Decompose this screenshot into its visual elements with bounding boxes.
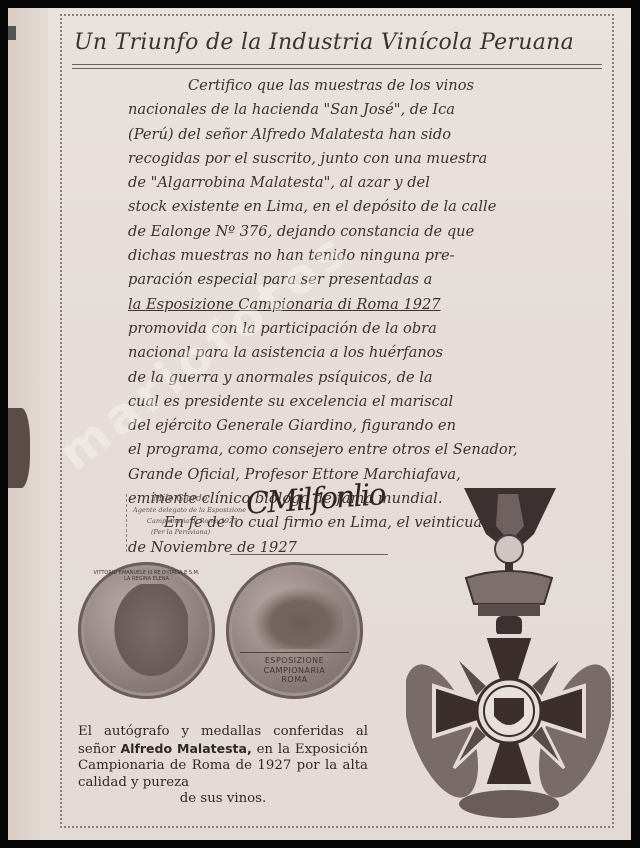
document-page: Un Triunfo de la Industria Vinícola Peru… (8, 8, 631, 840)
royal-portraits-icon (108, 584, 188, 684)
letter-line: recogidas por el suscrito, junto con una… (128, 147, 548, 171)
medal-inscription: VITTORIO EMANUELE III RE D'ITALIA E S.M.… (78, 570, 215, 582)
medal-obverse-portrait: VITTORIO EMANUELE III RE D'ITALIA E S.M.… (78, 562, 215, 699)
edge-tab-mark (8, 26, 16, 40)
letter-line: el programa, como consejero entre otros … (128, 438, 548, 462)
page-title: Un Triunfo de la Industria Vinícola Peru… (74, 30, 604, 55)
letter-line: (Perú) del señor Alfredo Malatesta han s… (128, 123, 548, 147)
letter-line: stock existente en Lima, en el depósito … (128, 195, 548, 219)
signature-rule (230, 554, 388, 555)
letter-line-underlined: la Esposizione Campionaria di Roma 1927 (128, 293, 548, 317)
medal-text-line: CAMPIONARIA (226, 666, 363, 676)
order-of-merit-cross-icon (406, 486, 611, 821)
letter-line: de "Algarrobina Malatesta", al azar y de… (128, 171, 548, 195)
medal-text-line: ESPOSIZIONE (226, 656, 363, 666)
medal-reverse-exposition: ESPOSIZIONE CAMPIONARIA ROMA (226, 562, 363, 699)
letter-line: del ejército Generale Giardino, figurand… (128, 414, 548, 438)
torn-edge (8, 408, 30, 488)
medal-text-line: ROMA (226, 675, 363, 685)
medal-text: ESPOSIZIONE CAMPIONARIA ROMA (226, 656, 363, 685)
letter-line: nacionales de la hacienda "San José", de… (128, 98, 548, 122)
letter-line: Certifico que las muestras de los vinos (128, 74, 548, 98)
title-double-rule (72, 64, 602, 69)
caption: El autógrafo y medallas conferidas al se… (78, 724, 368, 808)
caption-name: Alfredo Malatesta, (120, 741, 251, 756)
caption-text-last: de sus vinos. (78, 791, 368, 808)
medal-divider (240, 652, 349, 653)
signatory-title-line3: (Per la Peruviana) (133, 527, 273, 538)
allegorical-figure-icon (248, 584, 343, 649)
